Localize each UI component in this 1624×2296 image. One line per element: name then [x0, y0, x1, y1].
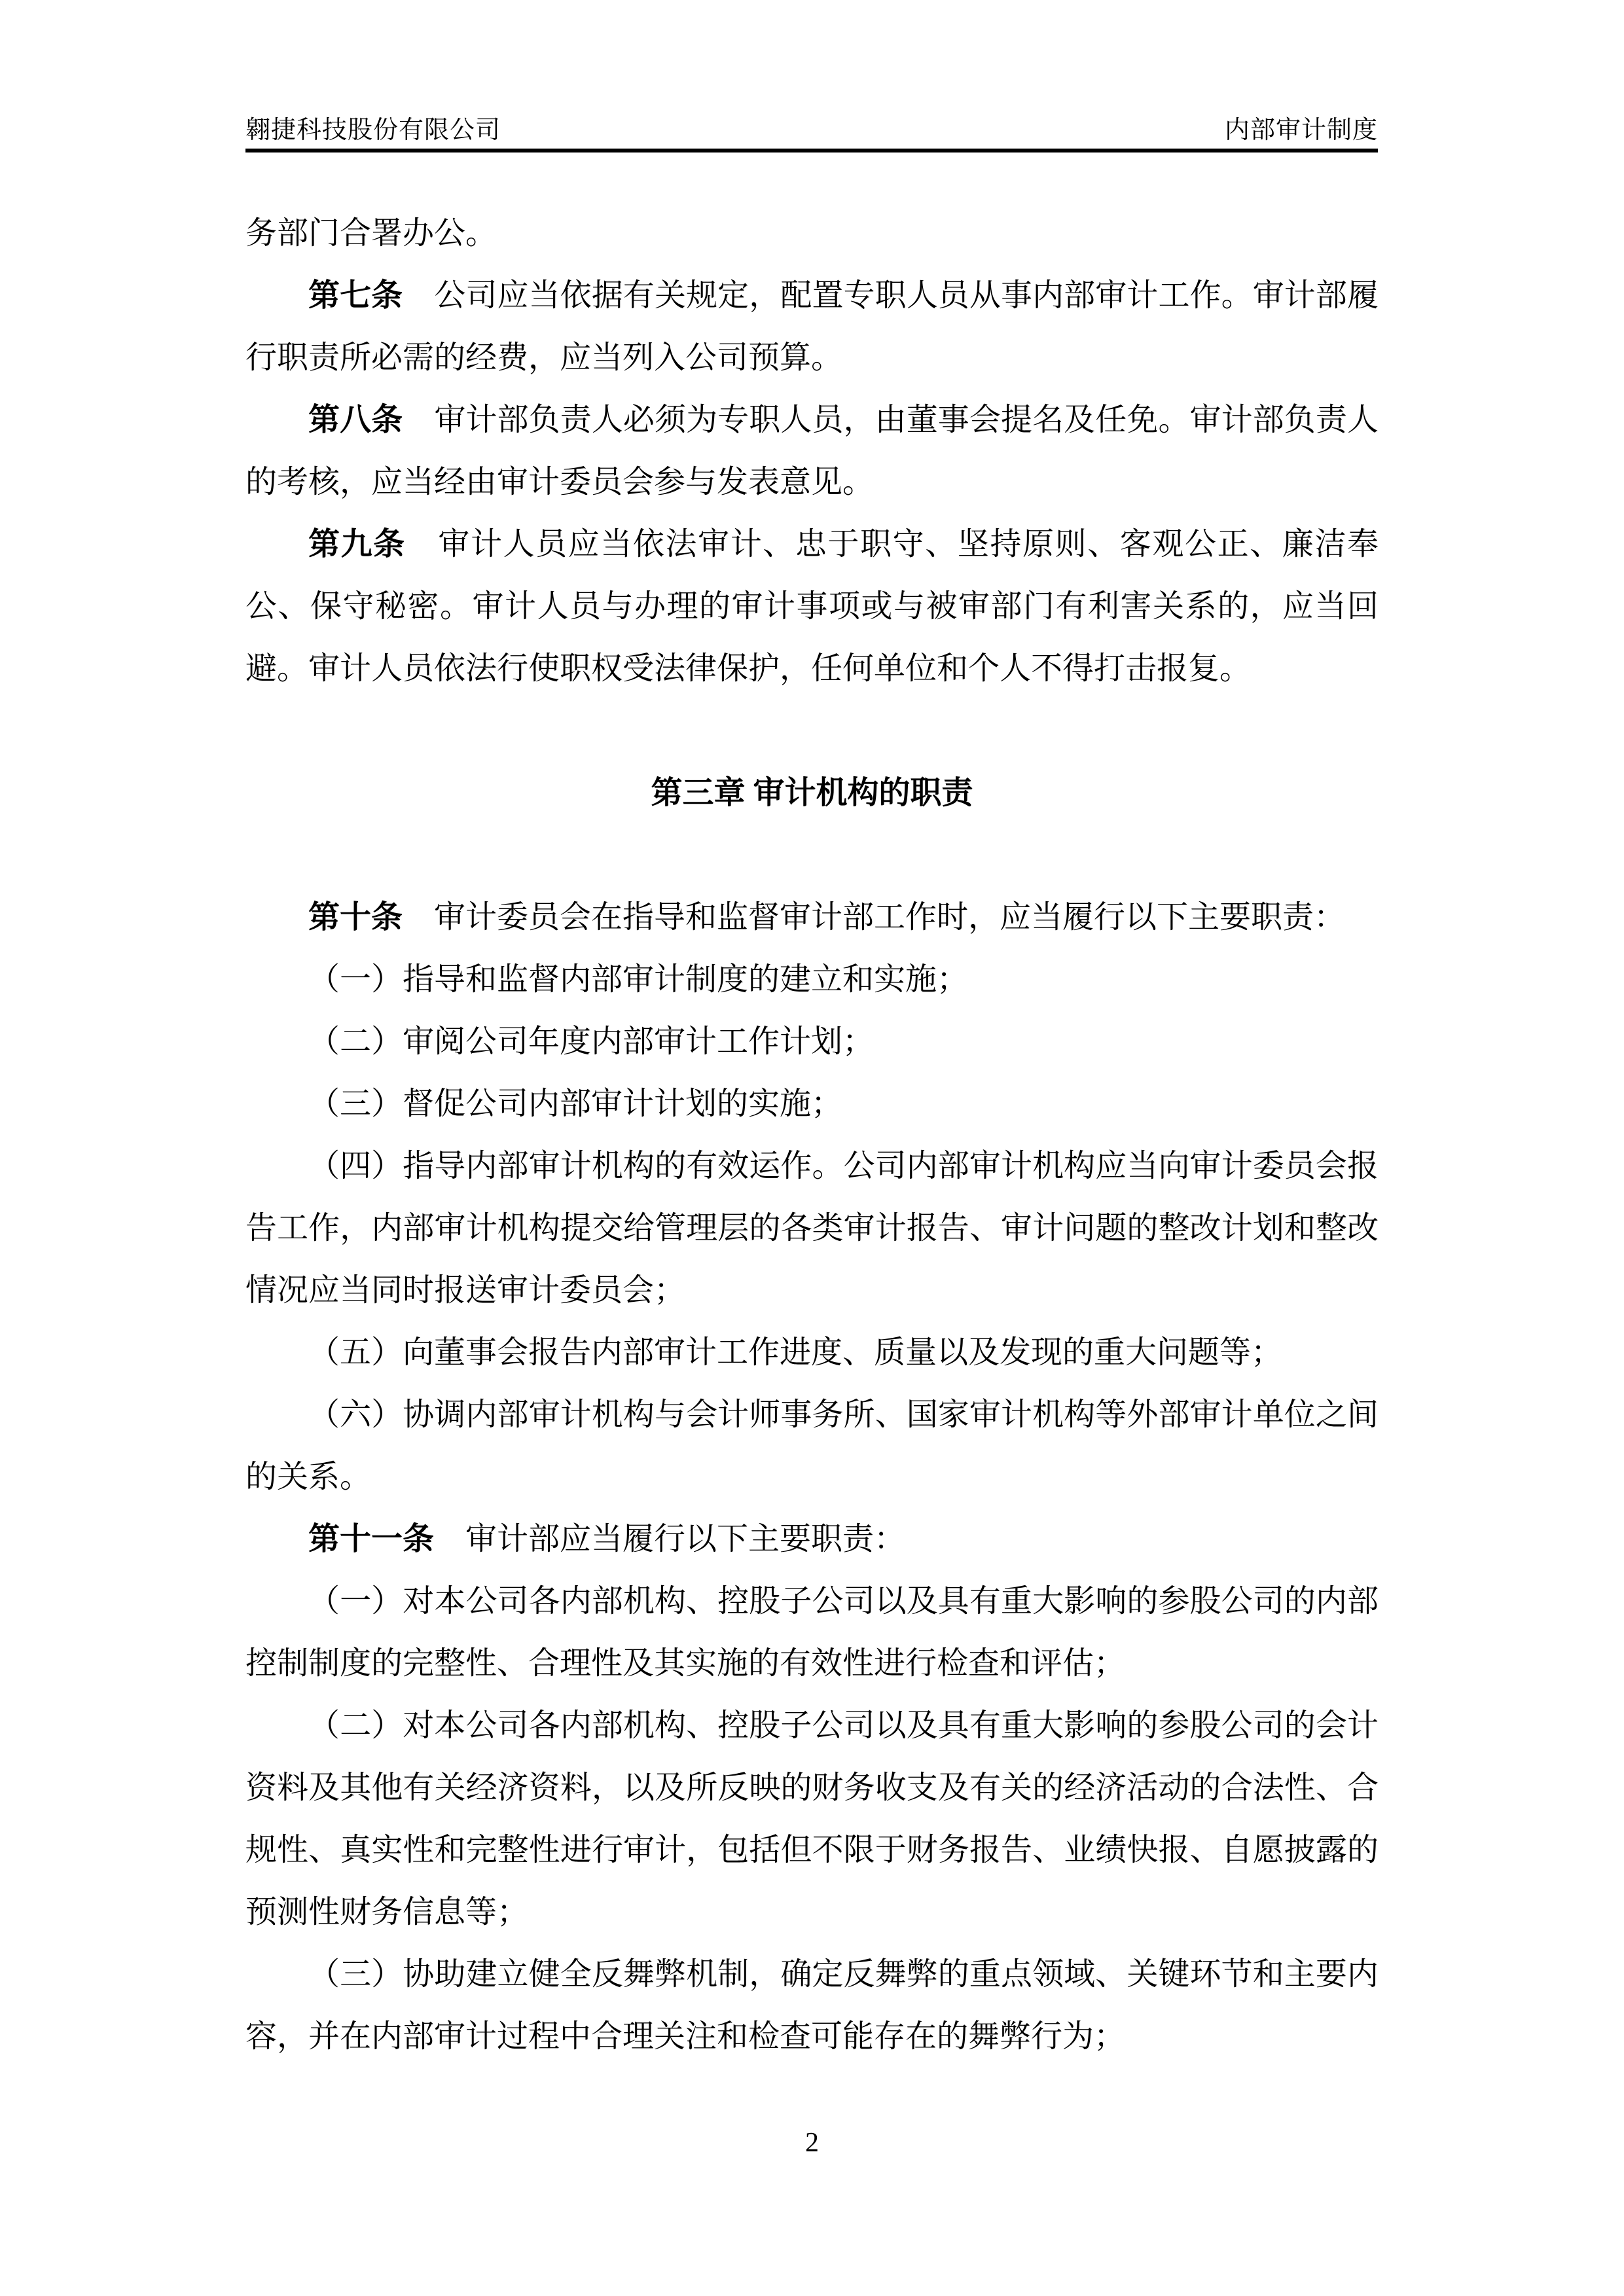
paragraph-continuation: 务部门合署办公。 [245, 202, 1379, 264]
article-number: 第八条 [308, 403, 403, 437]
paragraph-text: （二）对本公司各内部机构、控股子公司以及具有重大影响的参股公司的会计资料及其他有… [245, 1708, 1379, 1929]
list-item-3: （三）督促公司内部审计计划的实施； [245, 1073, 1379, 1135]
paragraph-text: （二）审阅公司年度内部审计工作计划； [308, 1024, 874, 1059]
article-number: 第九条 [308, 527, 406, 562]
header-company-name: 翱捷科技股份有限公司 [245, 118, 501, 143]
header-rule [245, 149, 1378, 152]
paragraph-article-11: 第十一条 审计部应当履行以下主要职责： [245, 1508, 1379, 1570]
paragraph-text: 审计委员会在指导和监督审计部工作时，应当履行以下主要职责： [403, 900, 1345, 935]
paragraph-article-9: 第九条 审计人员应当依法审计、忠于职守、坚持原则、客观公正、廉洁奉公、保守秘密。… [245, 513, 1379, 700]
paragraph-text: （四）指导内部审计机构的有效运作。公司内部审计机构应当向审计委员会报告工作，内部… [245, 1149, 1379, 1308]
paragraph-text: （一）对本公司各内部机构、控股子公司以及具有重大影响的参股公司的内部控制制度的完… [245, 1584, 1379, 1681]
article-number: 第十条 [308, 900, 403, 935]
list-item-3b: （三）协助建立健全反舞弊机制，确定反舞弊的重点领域、关键环节和主要内容，并在内部… [245, 1943, 1379, 2068]
paragraph-text: 审计部应当履行以下主要职责： [434, 1522, 905, 1556]
document-page: 翱捷科技股份有限公司 内部审计制度 务部门合署办公。 第七条 公司应当依据有关规… [0, 0, 1624, 2296]
list-item-1: （一）指导和监督内部审计制度的建立和实施； [245, 948, 1379, 1011]
list-item-4: （四）指导内部审计机构的有效运作。公司内部审计机构应当向审计委员会报告工作，内部… [245, 1135, 1379, 1321]
page-header: 翱捷科技股份有限公司 内部审计制度 [245, 118, 1378, 143]
header-document-title: 内部审计制度 [1225, 118, 1378, 143]
paragraph-text: 审计人员应当依法审计、忠于职守、坚持原则、客观公正、廉洁奉公、保守秘密。审计人员… [245, 527, 1379, 686]
article-number: 第七条 [308, 278, 403, 313]
list-item-6: （六）协调内部审计机构与会计师事务所、国家审计机构等外部审计单位之间的关系。 [245, 1384, 1379, 1508]
paragraph-article-7: 第七条 公司应当依据有关规定，配置专职人员从事内部审计工作。审计部履行职责所必需… [245, 264, 1379, 389]
page-number: 2 [805, 2128, 819, 2158]
paragraph-text: （五）向董事会报告内部审计工作进度、质量以及发现的重大问题等； [308, 1335, 1282, 1370]
paragraph-text: （一）指导和监督内部审计制度的建立和实施； [308, 962, 968, 997]
paragraph-text: （三）督促公司内部审计计划的实施； [308, 1086, 842, 1121]
paragraph-text: （六）协调内部审计机构与会计师事务所、国家审计机构等外部审计单位之间的关系。 [245, 1397, 1379, 1494]
document-body: 务部门合署办公。 第七条 公司应当依据有关规定，配置专职人员从事内部审计工作。审… [245, 202, 1379, 2068]
paragraph-text: 务部门合署办公。 [245, 216, 497, 251]
chapter-3-heading: 第三章 审计机构的职责 [245, 762, 1379, 824]
paragraph-text: 审计部负责人必须为专职人员，由董事会提名及任免。审计部负责人的考核，应当经由审计… [245, 403, 1379, 499]
list-item-2: （二）审阅公司年度内部审计工作计划； [245, 1011, 1379, 1073]
article-number: 第十一条 [308, 1522, 434, 1556]
paragraph-article-10: 第十条 审计委员会在指导和监督审计部工作时，应当履行以下主要职责： [245, 886, 1379, 948]
list-item-5: （五）向董事会报告内部审计工作进度、质量以及发现的重大问题等； [245, 1321, 1379, 1384]
list-item-1b: （一）对本公司各内部机构、控股子公司以及具有重大影响的参股公司的内部控制制度的完… [245, 1570, 1379, 1695]
list-item-2b: （二）对本公司各内部机构、控股子公司以及具有重大影响的参股公司的会计资料及其他有… [245, 1695, 1379, 1943]
paragraph-text: 公司应当依据有关规定，配置专职人员从事内部审计工作。审计部履行职责所必需的经费，… [245, 278, 1379, 375]
paragraph-article-8: 第八条 审计部负责人必须为专职人员，由董事会提名及任免。审计部负责人的考核，应当… [245, 389, 1379, 513]
page-footer: 2 [0, 2129, 1624, 2157]
paragraph-text: （三）协助建立健全反舞弊机制，确定反舞弊的重点领域、关键环节和主要内容，并在内部… [245, 1957, 1379, 2054]
